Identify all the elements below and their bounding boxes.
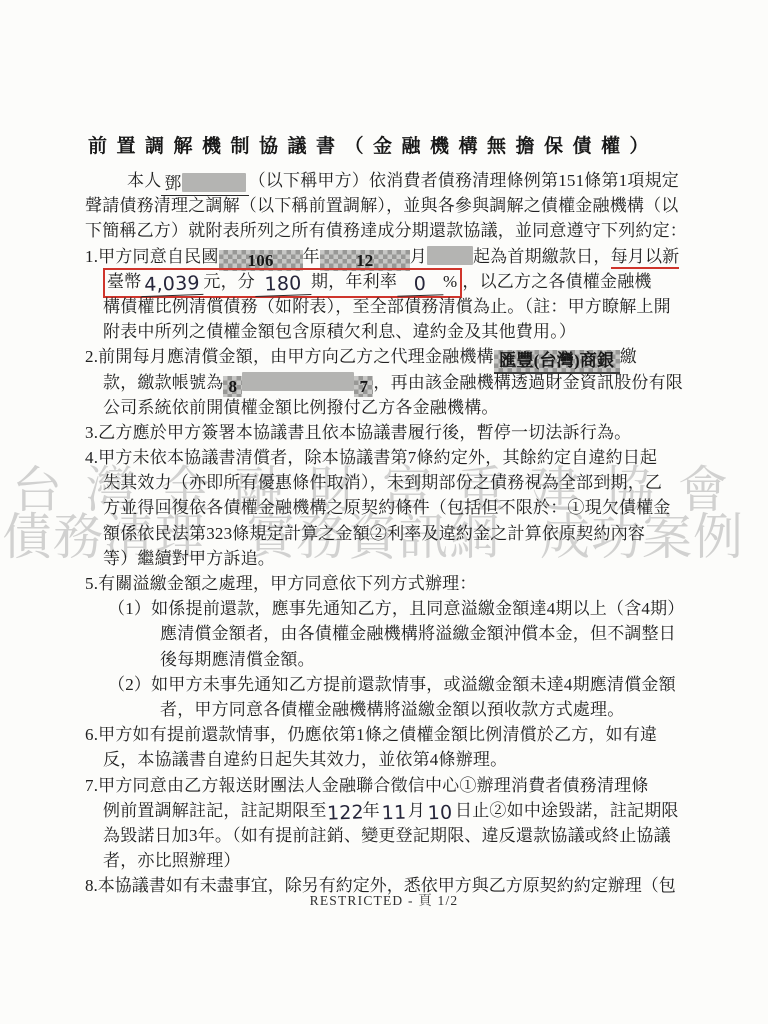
seg-txt: 鄧 [164, 174, 181, 193]
document-line: 反，本協議書自違約日起失其效力，並依第4條辦理。 [85, 747, 715, 772]
seg-txt: 月 [408, 801, 425, 820]
note-day-handwritten: 10 [425, 800, 456, 824]
document-line: 2.前開每月應清償金額，由甲方向乙方之代理金融機構匯豐(台灣)商銀繳 [85, 344, 715, 369]
note-year-handwritten: 122 [326, 800, 363, 824]
seg-txt: 元，分 [203, 272, 255, 291]
document-line: （2）如甲方未事先通知乙方提前還款情事，或溢繳金額未達4期應清償金額 [85, 672, 715, 697]
document-line: 者，亦比照辦理） [85, 848, 715, 873]
seg-txt: 下簡稱乙方）就附表所列之所有債務達成分期還款協議，並同意遵守下列約定： [85, 221, 687, 240]
name-redaction [182, 173, 246, 192]
seg-txt: 日止②如中途毀諾，註記期限 [455, 801, 679, 820]
seg-txt: 6.甲方如有提前還款情事，仍應依第1條之債權金額比例清償於乙方，如有違 [85, 725, 657, 744]
seg-txt: ，再由該金融機構透過財金資訊股份有限 [373, 373, 683, 392]
installments-handwritten: 180 [255, 271, 312, 297]
seg-txt: 2.前開每月應清償金額，由甲方向乙方之代理金融機構 [85, 347, 494, 366]
document-line: 本人鄧（以下稱甲方）依消費者債務清理條例第151條第1項規定 [85, 168, 715, 193]
seg-txt: ，以乙方之各債權金融機 [462, 272, 651, 291]
document-line: 臺幣4,039元，分180期，年利率0%，以乙方之各債權金融機 [85, 269, 715, 294]
document-line: 4.甲方未依本協議書清償者，除本協議書第7條約定外，其餘約定自違約日起 [85, 445, 715, 470]
document-line: 例前置調解註記，註記期限至122年11月10日止②如中途毀諾，註記期限 [85, 798, 715, 823]
seg-txt: 失其效力（亦即所有優惠條件取消），未到期部份之債務視為全部到期，乙 [103, 473, 662, 492]
seg-txt: 1.甲方同意自民國 [85, 247, 219, 266]
seg-txt: 公司系統依前開債權金額比例撥付乙方各金融機構。 [103, 398, 499, 417]
document-line: 者，甲方同意各債權金融機構將溢繳金額以預收款方式處理。 [85, 697, 715, 722]
document-line: 失其效力（亦即所有優惠條件取消），未到期部份之債務視為全部到期，乙 [85, 470, 715, 495]
document-line: 附表中所列之債權金額包含原積欠利息、違約金及其他費用。） [85, 319, 715, 344]
seg-txt: 者，亦比照辦理） [103, 851, 241, 870]
seg-txt: （1）如係提前還款，應事先通知乙方，且同意溢繳金額達4期以上（含4期） [108, 599, 685, 618]
seg-txt: 4.甲方未依本協議書清償者，除本協議書第7條約定外，其餘約定自違約日起 [85, 448, 657, 467]
document-line: 聲請債務清理之調解（以下稱前置調解），並與各參與調解之債權金融機構（以 [85, 193, 715, 218]
seg-txt: 繳 [620, 347, 637, 366]
document-line: 3.乙方應於甲方簽署本協議書且依本協議書履行後，暫停一切法訴行為。 [85, 420, 715, 445]
document-line: （1）如係提前還款，應事先通知乙方，且同意溢繳金額達4期以上（含4期） [85, 596, 715, 621]
document-title: 前置調解機制協議書（金融機構無擔保債權） [88, 131, 658, 158]
seg-txt: 臺幣 [107, 272, 141, 291]
seg-txt: 應清償金額者，由各債權金融機構將溢繳金額沖償本金，但不調整日 [160, 624, 676, 643]
seg-txt: 5.有關溢繳金額之處理，甲方同意依下列方式辦理： [85, 574, 477, 593]
page-footer: RESTRICTED - 頁 1/2 [0, 889, 768, 909]
note-month-handwritten: 11 [379, 800, 408, 824]
seg-txt: 本人 [127, 171, 161, 190]
document-line: 款，繳款帳號為87，再由該金融機構透過財金資訊股份有限 [85, 370, 715, 395]
seg-txt: 反，本協議書自違約日起失其效力，並依第4條辦理。 [103, 750, 507, 769]
document-line: 方並得回復依各債權金融機構之原契約條件（包括但不限於：①現欠債權金 [85, 495, 715, 520]
scanned-document-page: 台灣金融財富重建協會 債務清理 實務資訊網 成功案例 華綵 前置調解機制協議書（… [0, 0, 768, 1024]
document-line: 額係依民法第323條規定計算之金額②利率及違約金之計算依原契約內容 [85, 521, 715, 546]
account-first-digit: 8 [223, 376, 242, 397]
seg-txt: 為毀諾日加3年。（如有提前註銷、變更登記期限、違反還款協議或終止協議 [103, 826, 671, 845]
seg-txt: 構債權比例清償債務（如附表），至全部債務清償為止。（註：甲方瞭解上開 [103, 297, 671, 316]
seg-txt: 年 [363, 801, 380, 820]
seg-txt: 月 [410, 247, 427, 266]
document-line: 後每期應清償金額。 [85, 647, 715, 672]
document-line: 公司系統依前開債權金額比例撥付乙方各金融機構。 [85, 395, 715, 420]
seg-txt: 例前置調解註記，註記期限至 [103, 801, 327, 820]
seg-txt: 年 [303, 247, 320, 266]
document-line: 7.甲方同意由乙方報送財團法人金融聯合徵信中心①辦理消費者債務清理條 [85, 773, 715, 798]
seg-txt: 後每期應清償金額。 [160, 650, 315, 669]
seg-txt: 3.乙方應於甲方簽署本協議書且依本協議書履行後，暫停一切法訴行為。 [85, 423, 631, 442]
seg-txt: 7.甲方同意由乙方報送財團法人金融聯合徵信中心①辦理消費者債務清理條 [85, 776, 649, 795]
document-line: 應清償金額者，由各債權金融機構將溢繳金額沖償本金，但不調整日 [85, 621, 715, 646]
red-underline-annotation: 每月以新 [611, 247, 680, 269]
seg-txt: 者，甲方同意各債權金融機構將溢繳金額以預收款方式處理。 [160, 700, 624, 719]
seg-txt: （2）如甲方未事先通知乙方提前還款情事，或溢繳金額未達4期應清償金額 [108, 675, 676, 694]
rate-handwritten: 0 [397, 271, 444, 297]
monthly-amount-handwritten: 4,039 [141, 271, 204, 297]
seg-txt: 聲請債務清理之調解（以下稱前置調解），並與各參與調解之債權金融機構（以 [85, 196, 679, 215]
seg-txt: （以下稱甲方）依消費者債務清理條例第151條第1項規定 [249, 171, 679, 190]
seg-txt: % [443, 272, 457, 291]
red-box-annotation: 臺幣4,039元，分180期，年利率0% [103, 268, 462, 298]
seg-txt: 額係依民法第323條規定計算之金額②利率及違約金之計算依原契約內容 [103, 524, 645, 543]
document-body: 本人鄧（以下稱甲方）依消費者債務清理條例第151條第1項規定聲請債務清理之調解（… [85, 168, 715, 898]
seg-txt: 方並得回復依各債權金融機構之原契約條件（包括但不限於：①現欠債權金 [103, 498, 671, 517]
seg-txt: 等）繼續對甲方訴追。 [103, 549, 275, 568]
document-line: 下簡稱乙方）就附表所列之所有債務達成分期還款協議，並同意遵守下列約定： [85, 218, 715, 243]
seg-txt: 起為首期繳款日， [473, 247, 611, 266]
document-line: 6.甲方如有提前還款情事，仍應依第1條之債權金額比例清償於乙方，如有違 [85, 722, 715, 747]
account-redaction [242, 372, 354, 391]
document-line: 為毀諾日加3年。（如有提前註銷、變更登記期限、違反還款協議或終止協議 [85, 823, 715, 848]
seg-txt: 款，繳款帳號為 [103, 373, 223, 392]
document-line: 等）繼續對甲方訴追。 [85, 546, 715, 571]
seg-txt: 附表中所列之債權金額包含原積欠利息、違約金及其他費用。） [103, 322, 576, 341]
document-line: 1.甲方同意自民國106年12月起為首期繳款日，每月以新 [85, 244, 715, 269]
seg-txt: 期，年利率 [311, 272, 397, 291]
document-line: 5.有關溢繳金額之處理，甲方同意依下列方式辦理： [85, 571, 715, 596]
document-line: 構債權比例清償債務（如附表），至全部債務清償為止。（註：甲方瞭解上開 [85, 294, 715, 319]
start-day-redaction [427, 246, 473, 265]
account-last-digit: 7 [354, 376, 373, 397]
